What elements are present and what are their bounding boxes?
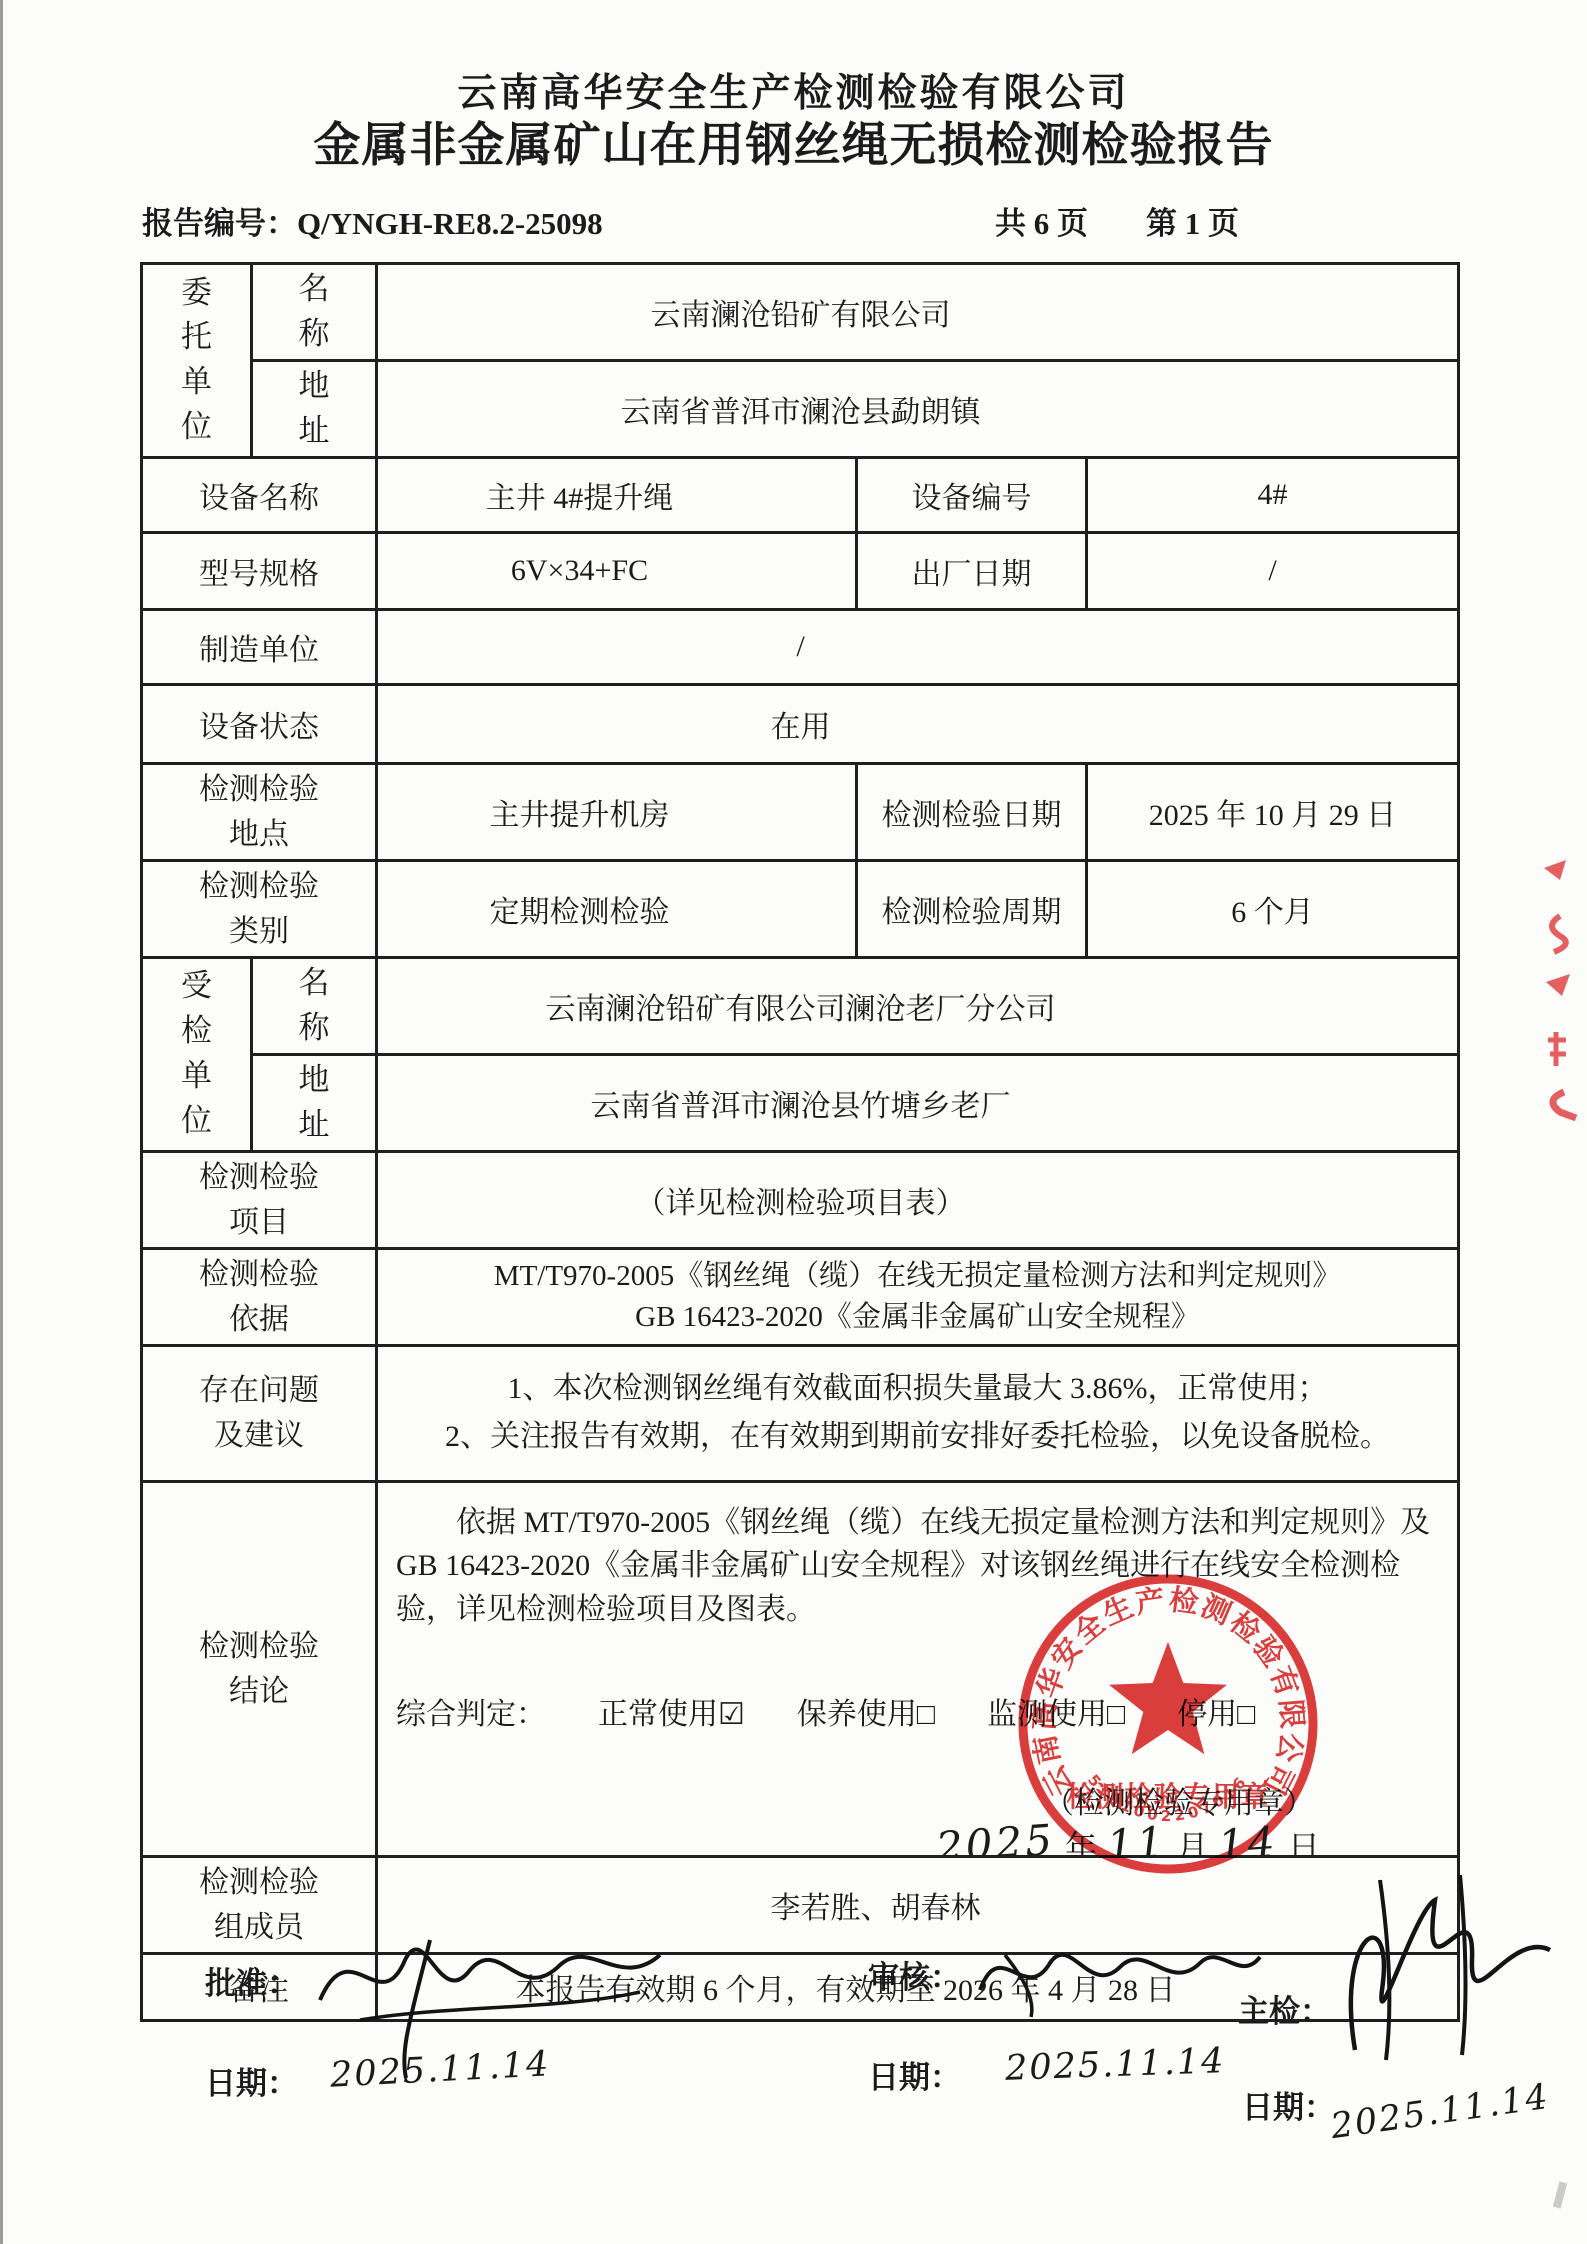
factory-date-label: 出厂日期: [857, 532, 1087, 609]
seal-date-month: 11: [1105, 1816, 1168, 1856]
maker-label: 制造单位: [142, 609, 377, 684]
model-label: 型号规格: [142, 532, 377, 609]
status-value: 在用: [377, 684, 1459, 763]
table-row: 存在问题及建议 1、本次检测钢丝绳有效截面积损失量最大 3.86%，正常使用； …: [142, 1345, 1459, 1481]
device-no-value: 4#: [1087, 457, 1459, 532]
table-row: 制造单位 /: [142, 609, 1459, 684]
maker-value: /: [377, 609, 1459, 684]
total-pages: 共 6 页: [995, 198, 1088, 243]
client-group-label: 委托单位: [142, 264, 252, 458]
table-row: 地址 云南省普洱市澜沧县勐朗镇: [142, 360, 1459, 457]
basis-line-2: GB 16423-2020《金属非金属矿山安全规程》: [384, 1297, 1451, 1337]
subject-addr-value: 云南省普洱市澜沧县竹塘乡老厂: [377, 1054, 1459, 1151]
scan-edge: [0, 0, 3, 2244]
type-label: 检测检验类别: [142, 860, 377, 957]
report-number-label: 报告编号：: [142, 206, 297, 241]
subject-name-label: 名称: [252, 957, 377, 1054]
basis-value: MT/T970-2005《钢丝绳（缆）在线无损定量检测方法和判定规则》 GB 1…: [377, 1248, 1459, 1345]
table-row: 检测检验依据 MT/T970-2005《钢丝绳（缆）在线无损定量检测方法和判定规…: [142, 1248, 1459, 1345]
problem-line-2: 2、关注报告有效期，在有效期到期前安排好委托检验，以免设备脱检。: [384, 1413, 1451, 1461]
seal-date-year: 2025: [935, 1814, 1057, 1856]
seal-date-month-char: 月: [1176, 1822, 1208, 1857]
review-date-value: 2025.11.14: [1004, 2041, 1226, 2089]
cycle-label: 检测检验周期: [857, 860, 1087, 957]
basis-label: 检测检验依据: [142, 1248, 377, 1345]
report-page: 云南高华安全生产检测检验有限公司 金属非金属矿山在用钢丝绳无损检测检验报告 报告…: [0, 0, 1587, 2244]
scan-smudge: [1553, 2181, 1567, 2208]
problems-value: 1、本次检测钢丝绳有效截面积损失量最大 3.86%，正常使用； 2、关注报告有效…: [377, 1345, 1459, 1481]
client-addr-value: 云南省普洱市澜沧县勐朗镇: [377, 360, 1459, 457]
current-page: 第 1 页: [1146, 198, 1239, 243]
model-value: 6V×34+FC: [377, 532, 857, 609]
pagination: 共 6 页 第 1 页: [995, 198, 1239, 243]
verdict-label: 综合判定：: [396, 1698, 546, 1731]
subject-name-value: 云南澜沧铅矿有限公司澜沧老厂分公司: [377, 957, 1459, 1054]
place-label: 检测检验地点: [142, 763, 377, 860]
review-label: 审核：: [868, 1952, 961, 1997]
verdict-option-normal: 正常使用☑: [598, 1698, 745, 1731]
inspect-date-value: 2025 年 10 月 29 日: [1087, 763, 1459, 860]
table-row: 委托单位 名称 云南澜沧铅矿有限公司: [142, 264, 1459, 361]
seal-date-year-char: 年: [1065, 1822, 1097, 1857]
table-row: 检测检验类别 定期检测检验 检测检验周期 6 个月: [142, 860, 1459, 957]
review-date-label: 日期：: [868, 2052, 961, 2097]
approve-date-label: 日期：: [205, 2058, 298, 2103]
items-value: （详见检测检验项目表）: [377, 1151, 1459, 1248]
conclusion-label: 检测检验结论: [142, 1481, 377, 1856]
verdict-option-maintain: 保养使用□: [797, 1698, 935, 1731]
table-row: 检测检验地点 主井提升机房 检测检验日期 2025 年 10 月 29 日: [142, 763, 1459, 860]
table-row: 受检单位 名称 云南澜沧铅矿有限公司澜沧老厂分公司: [142, 957, 1459, 1054]
report-number: 报告编号：Q/YNGH-RE8.2-25098: [142, 198, 603, 243]
subject-group-label: 受检单位: [142, 957, 252, 1151]
seal-date-day: 14: [1217, 1816, 1280, 1856]
basis-line-1: MT/T970-2005《钢丝绳（缆）在线无损定量检测方法和判定规则》: [384, 1256, 1451, 1296]
problems-label: 存在问题及建议: [142, 1345, 377, 1481]
status-label: 设备状态: [142, 684, 377, 763]
problem-line-1: 1、本次检测钢丝绳有效截面积损失量最大 3.86%，正常使用；: [384, 1365, 1451, 1413]
table-row: 检测检验项目 （详见检测检验项目表）: [142, 1151, 1459, 1248]
edge-stamp-fragments: [1530, 854, 1580, 1134]
client-name-label: 名称: [252, 264, 377, 361]
report-title: 金属非金属矿山在用钢丝绳无损检测检验报告: [0, 108, 1587, 175]
items-label: 检测检验项目: [142, 1151, 377, 1248]
report-number-value: Q/YNGH-RE8.2-25098: [297, 206, 603, 241]
client-name-value: 云南澜沧铅矿有限公司: [377, 264, 1459, 361]
seal-star-icon: [1109, 1642, 1227, 1754]
inspect-date-label: 检测检验日期: [857, 763, 1087, 860]
table-row: 型号规格 6V×34+FC 出厂日期 /: [142, 532, 1459, 609]
chief-signature: [1320, 1860, 1570, 2100]
device-name-label: 设备名称: [142, 457, 377, 532]
table-row: 设备名称 主井 4#提升绳 设备编号 4#: [142, 457, 1459, 532]
place-value: 主井提升机房: [377, 763, 857, 860]
seal-date-line: 2025 年 11 月 14 日: [908, 1819, 1348, 1857]
seal-date-day-char: 日: [1288, 1822, 1320, 1857]
approve-label: 批准：: [205, 1958, 298, 2003]
review-signature: [965, 1925, 1275, 2025]
subject-addr-label: 地址: [252, 1054, 377, 1151]
device-no-label: 设备编号: [857, 457, 1087, 532]
table-row: 设备状态 在用: [142, 684, 1459, 763]
cycle-value: 6 个月: [1087, 860, 1459, 957]
factory-date-value: /: [1087, 532, 1459, 609]
report-number-line: 报告编号：Q/YNGH-RE8.2-25098 共 6 页 第 1 页: [0, 198, 1587, 240]
device-name-value: 主井 4#提升绳: [377, 457, 857, 532]
seal-note-text: （检测检验专用章）: [1014, 1778, 1344, 1822]
type-value: 定期检测检验: [377, 860, 857, 957]
approve-signature: [300, 1900, 680, 2080]
table-row: 地址 云南省普洱市澜沧县竹塘乡老厂: [142, 1054, 1459, 1151]
client-addr-label: 地址: [252, 360, 377, 457]
